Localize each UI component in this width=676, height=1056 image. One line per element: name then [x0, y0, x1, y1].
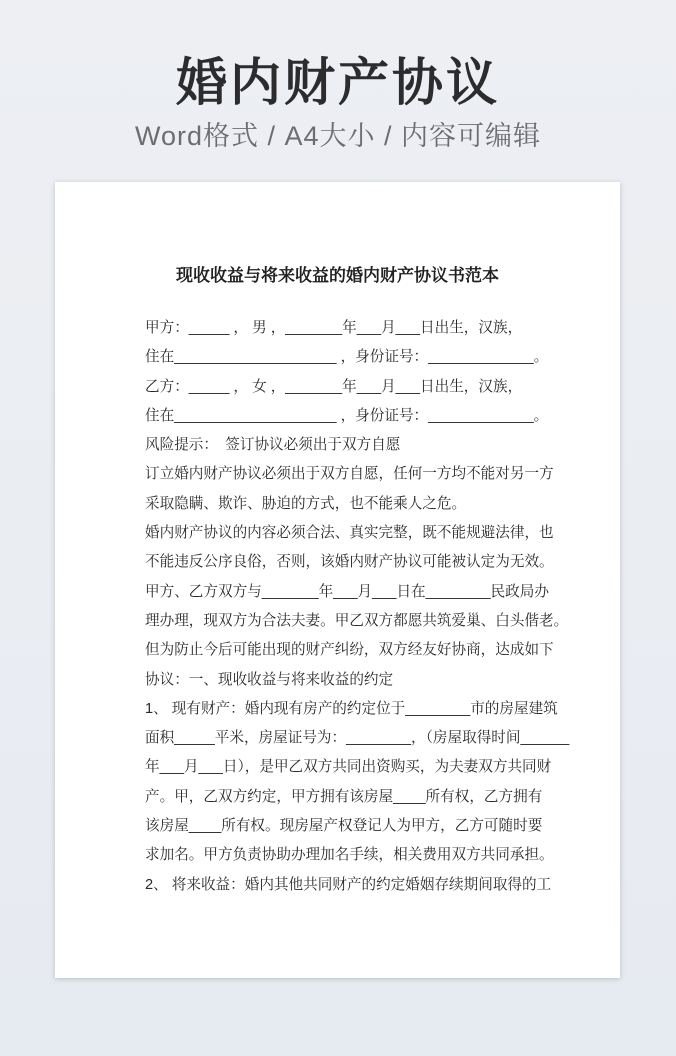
document-line: 求加名。甲方负责协助办理加名手续，相关费用双方共同承担。	[145, 841, 610, 870]
document-line: 年___月___日），是甲乙双方共同出资购买，为夫妻双方共同财	[145, 753, 610, 782]
document-title: 现收收益与将来收益的婚内财产协议书范本	[55, 265, 620, 286]
document-line: 不能违反公序良俗，否则，该婚内财产协议可能被认定为无效。	[145, 548, 610, 577]
document-line: 采取隐瞒、欺诈、胁迫的方式，也不能乘人之危。	[145, 490, 610, 519]
document-page: 现收收益与将来收益的婚内财产协议书范本 甲方：_____ ， 男 ，______…	[55, 182, 620, 978]
document-line: 理办理，现双方为合法夫妻。甲乙双方都愿共筑爱巢、白头偕老。	[145, 607, 610, 636]
document-line: 协议：一、现收收益与将来收益的约定	[145, 666, 610, 695]
document-body: 甲方：_____ ， 男 ，_______年___月___日出生，汉族， 住在_…	[145, 314, 610, 900]
page-background: 婚内财产协议 Word格式 / A4大小 / 内容可编辑 现收收益与将来收益的婚…	[0, 0, 676, 1056]
document-line: 该房屋____所有权。现房屋产权登记人为甲方，乙方可随时要	[145, 812, 610, 841]
document-line: 甲方、乙方双方与_______年___月___日在________民政局办	[145, 578, 610, 607]
document-line: 住在____________________ ，身份证号：___________…	[145, 343, 610, 372]
document-line: 乙方：_____ ， 女 ，_______年___月___日出生，汉族，	[145, 373, 610, 402]
banner-subtitle: Word格式 / A4大小 / 内容可编辑	[0, 120, 676, 152]
document-line: 2、 将来收益：婚内其他共同财产的约定婚姻存续期间取得的工	[145, 871, 610, 900]
document-line: 婚内财产协议的内容必须合法、真实完整，既不能规避法律，也	[145, 519, 610, 548]
document-line: 面积_____平米，房屋证号为：________，（房屋取得时间______	[145, 724, 610, 753]
document-line: 产。甲，乙双方约定，甲方拥有该房屋____所有权，乙方拥有	[145, 783, 610, 812]
document-line: 但为防止今后可能出现的财产纠纷，双方经友好协商，达成如下	[145, 636, 610, 665]
document-line: 订立婚内财产协议必须出于双方自愿，任何一方均不能对另一方	[145, 460, 610, 489]
document-line: 1、 现有财产：婚内现有房产的约定位于________市的房屋建筑	[145, 695, 610, 724]
document-line: 甲方：_____ ， 男 ，_______年___月___日出生，汉族，	[145, 314, 610, 343]
document-line: 住在____________________ ，身份证号：___________…	[145, 402, 610, 431]
banner-title: 婚内财产协议	[0, 54, 676, 112]
document-line: 风险提示： 签订协议必须出于双方自愿	[145, 431, 610, 460]
